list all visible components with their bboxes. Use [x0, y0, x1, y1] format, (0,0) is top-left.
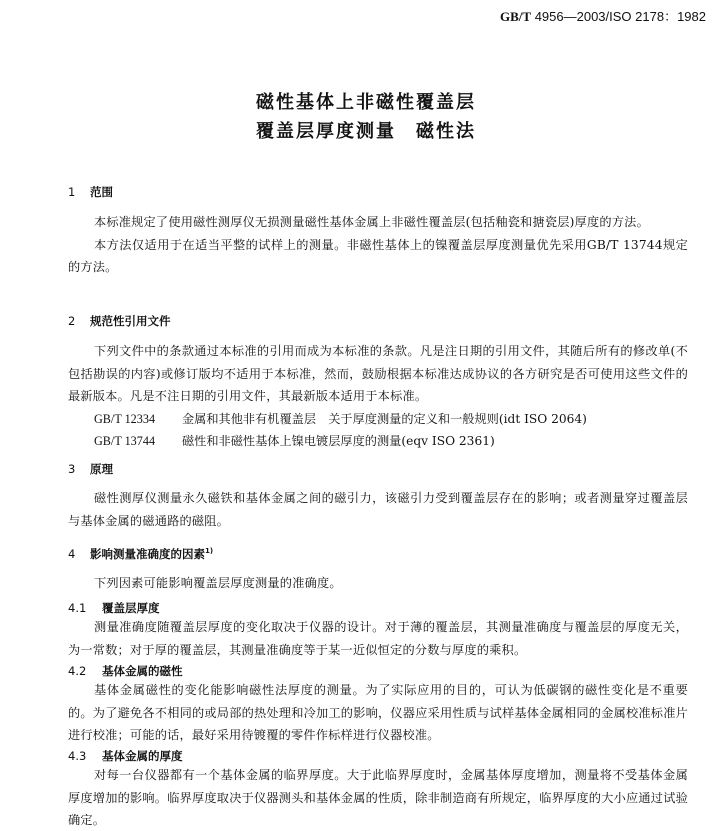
subsection-heading: 4.2基体金属的磁性 [68, 663, 688, 679]
subsection-4-2: 4.2基体金属的磁性 [68, 663, 688, 679]
section-2-body: 下列文件中的条款通过本标准的引用而成为本标准的条款。凡是注日期的引用文件，其随后… [68, 340, 688, 452]
subsection-4-3: 4.3基体金属的厚度 [68, 748, 688, 764]
document-title-line2: 覆盖层厚度测量 磁性法 [10, 117, 712, 143]
section-heading: 3原理 [68, 461, 688, 477]
section-heading: 2规范性引用文件 [68, 313, 688, 329]
standard-code: GB/T 4956—2003/ISO 2178：1982 [500, 6, 706, 25]
subsection-heading: 4.1覆盖层厚度 [68, 600, 688, 616]
paragraph: 基体金属磁性的变化能影响磁性法厚度的测量。为了实际应用的目的，可认为低碳钢的磁性… [68, 679, 688, 747]
paragraph: 对每一台仪器都有一个基体金属的临界厚度。大于此临界厚度时，金属基体厚度增加，测量… [68, 764, 688, 831]
subsection-heading: 4.3基体金属的厚度 [68, 748, 688, 764]
section-1-body: 本标准规定了使用磁性测厚仪无损测量磁性基体金属上非磁性覆盖层(包括釉瓷和搪瓷层)… [68, 211, 688, 279]
subsection-4-3-body: 对每一台仪器都有一个基体金属的临界厚度。大于此临界厚度时，金属基体厚度增加，测量… [68, 764, 688, 831]
paragraph: 下列因素可能影响覆盖层厚度测量的准确度。 [68, 572, 688, 595]
section-heading: 4影响测量准确度的因素1) [68, 546, 688, 562]
paragraph: 下列文件中的条款通过本标准的引用而成为本标准的条款。凡是注日期的引用文件，其随后… [68, 340, 688, 408]
section-3-body: 磁性测厚仪测量永久磁铁和基体金属之间的磁引力，该磁引力受到覆盖层存在的影响；或者… [68, 487, 688, 532]
paragraph: 本标准规定了使用磁性测厚仪无损测量磁性基体金属上非磁性覆盖层(包括釉瓷和搪瓷层)… [68, 211, 688, 234]
subsection-4-2-body: 基体金属磁性的变化能影响磁性法厚度的测量。为了实际应用的目的，可认为低碳钢的磁性… [68, 679, 688, 747]
section-3: 3原理 [68, 461, 688, 477]
section-4-body: 下列因素可能影响覆盖层厚度测量的准确度。 [68, 572, 688, 595]
section-1: 1范围 [68, 184, 688, 200]
section-2: 2规范性引用文件 [68, 313, 688, 329]
section-4: 4影响测量准确度的因素1) [68, 546, 688, 562]
reference-item: GB/T 13744磁性和非磁性基体上镍电镀层厚度的测量(eqv ISO 236… [68, 430, 688, 452]
section-heading: 1范围 [68, 184, 688, 200]
paragraph: 本方法仅适用于在适当平整的试样上的测量。非磁性基体上的镍覆盖层厚度测量优先采用G… [68, 234, 688, 279]
subsection-4-1-body: 测量准确度随覆盖层厚度的变化取决于仪器的设计。对于薄的覆盖层，其测量准确度与覆盖… [68, 616, 688, 661]
footnote-mark: 1) [205, 547, 213, 555]
reference-item: GB/T 12334金属和其他非有机覆盖层 关于厚度测量的定义和一般规则(idt… [68, 408, 688, 430]
paragraph: 磁性测厚仪测量永久磁铁和基体金属之间的磁引力，该磁引力受到覆盖层存在的影响；或者… [68, 487, 688, 532]
paragraph: 测量准确度随覆盖层厚度的变化取决于仪器的设计。对于薄的覆盖层，其测量准确度与覆盖… [68, 616, 688, 661]
document-title-line1: 磁性基体上非磁性覆盖层 [10, 88, 712, 114]
subsection-4-1: 4.1覆盖层厚度 [68, 600, 688, 616]
